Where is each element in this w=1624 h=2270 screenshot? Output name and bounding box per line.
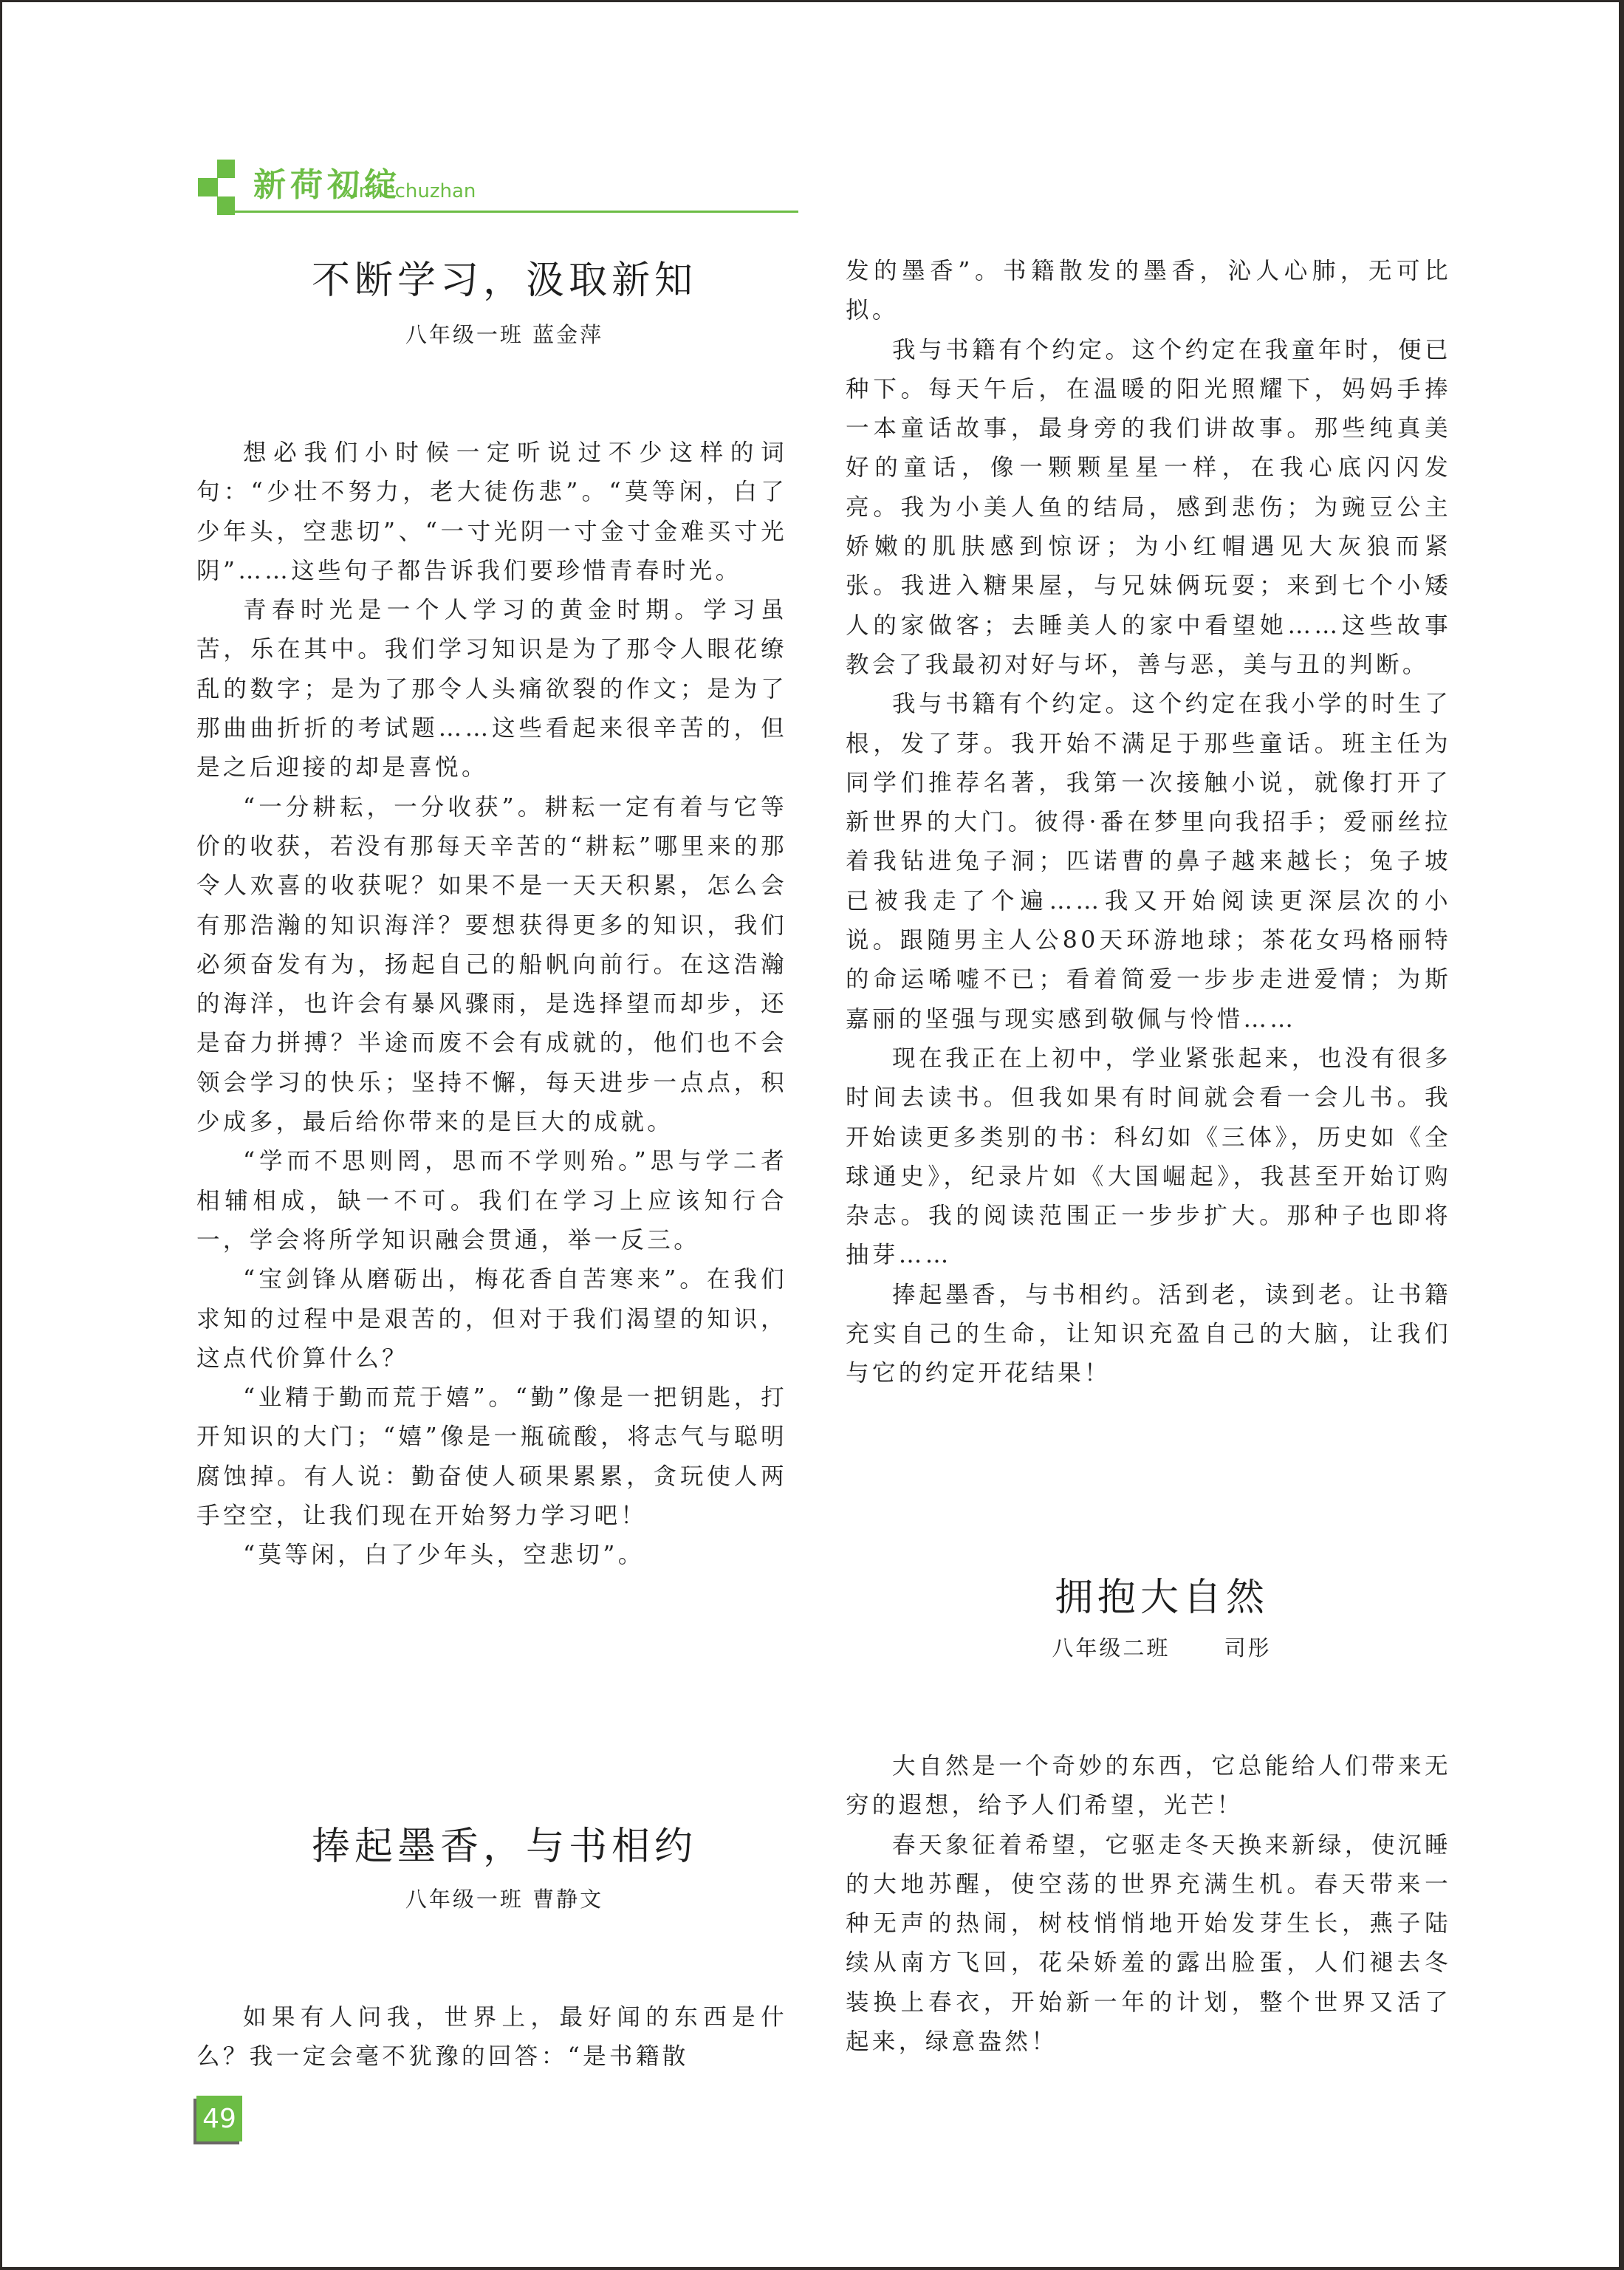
paragraph: “一分耕耘，一分收获”。耕耘一定有着与它等价的收获，若没有那每天辛苦的“耕耘”哪… bbox=[196, 788, 787, 1143]
article-byline: 八年级二班 司彤 bbox=[881, 1635, 1442, 1661]
article-body: 如果有人问我，世界上，最好闻的东西是什么？我一定会毫不犹豫的回答：“是书籍散 bbox=[196, 1998, 787, 2077]
paragraph: 想必我们小时候一定听说过不少这样的词句：“少壮不努力，老大徒伤悲”。“莫等闲，白… bbox=[196, 434, 787, 591]
paragraph: 现在我正在上初中，学业紧张起来，也没有很多时间去读书。但我如果有时间就会看一会儿… bbox=[846, 1039, 1451, 1276]
paragraph: “学而不思则罔，思而不学则殆。”思与学二者相辅相成，缺一不可。我们在学习上应该知… bbox=[196, 1142, 787, 1260]
logo-square-icon bbox=[217, 160, 235, 178]
article-title: 不断学习，汲取新知 bbox=[224, 257, 785, 304]
paragraph: “莫等闲，白了少年头，空悲切”。 bbox=[196, 1536, 787, 1575]
paragraph: 我与书籍有个约定。这个约定在我小学的时生了根，发了芽。我开始不满足于那些童话。班… bbox=[846, 685, 1451, 1039]
paragraph: “业精于勤而荒于嬉”。“勤”像是一把钥匙，打开知识的大门；“嬉”像是一瓶硫酸，将… bbox=[196, 1378, 787, 1536]
article-title: 捧起墨香，与书相约 bbox=[224, 1823, 785, 1870]
header-divider bbox=[222, 211, 798, 213]
page-number-badge: 49 bbox=[196, 2096, 242, 2141]
article-byline: 八年级一班 曹静文 bbox=[224, 1886, 785, 1912]
paragraph: 大自然是一个奇妙的东西，它总能给人们带来无穷的遐想，给予人们希望，光芒！ bbox=[846, 1747, 1451, 1826]
section-pinyin: xinhechuzhan bbox=[342, 180, 476, 203]
article-body-continued: 发的墨香”。书籍散发的墨香，沁人心肺，无可比拟。 我与书籍有个约定。这个约定在我… bbox=[846, 252, 1451, 1394]
paragraph: 春天象征着希望，它驱走冬天换来新绿，使沉睡的大地苏醒，使空荡的世界充满生机。春天… bbox=[846, 1826, 1451, 2062]
article-body: 想必我们小时候一定听说过不少这样的词句：“少壮不努力，老大徒伤悲”。“莫等闲，白… bbox=[196, 434, 787, 1576]
logo-square-icon bbox=[198, 178, 218, 196]
article-body: 大自然是一个奇妙的东西，它总能给人们带来无穷的遐想，给予人们希望，光芒！ 春天象… bbox=[846, 1747, 1451, 2062]
paragraph: 捧起墨香，与书相约。活到老，读到老。让书籍充实自己的生命，让知识充盈自己的大脑，… bbox=[846, 1276, 1451, 1394]
article-title: 拥抱大自然 bbox=[881, 1574, 1442, 1621]
paragraph: 如果有人问我，世界上，最好闻的东西是什么？我一定会毫不犹豫的回答：“是书籍散 bbox=[196, 1998, 787, 2077]
magazine-page: 新荷初绽 xinhechuzhan 不断学习，汲取新知 八年级一班 蓝金萍 想必… bbox=[0, 0, 1624, 2270]
article-byline: 八年级一班 蓝金萍 bbox=[224, 321, 785, 348]
paragraph: 我与书籍有个约定。这个约定在我童年时，便已种下。每天午后，在温暖的阳光照耀下，妈… bbox=[846, 331, 1451, 686]
paragraph: “宝剑锋从磨砺出，梅花香自苦寒来”。在我们求知的过程中是艰苦的，但对于我们渴望的… bbox=[196, 1260, 787, 1378]
paragraph: 青春时光是一个人学习的黄金时期。学习虽苦，乐在其中。我们学习知识是为了那令人眼花… bbox=[196, 591, 787, 787]
paragraph: 发的墨香”。书籍散发的墨香，沁人心肺，无可比拟。 bbox=[846, 252, 1451, 331]
